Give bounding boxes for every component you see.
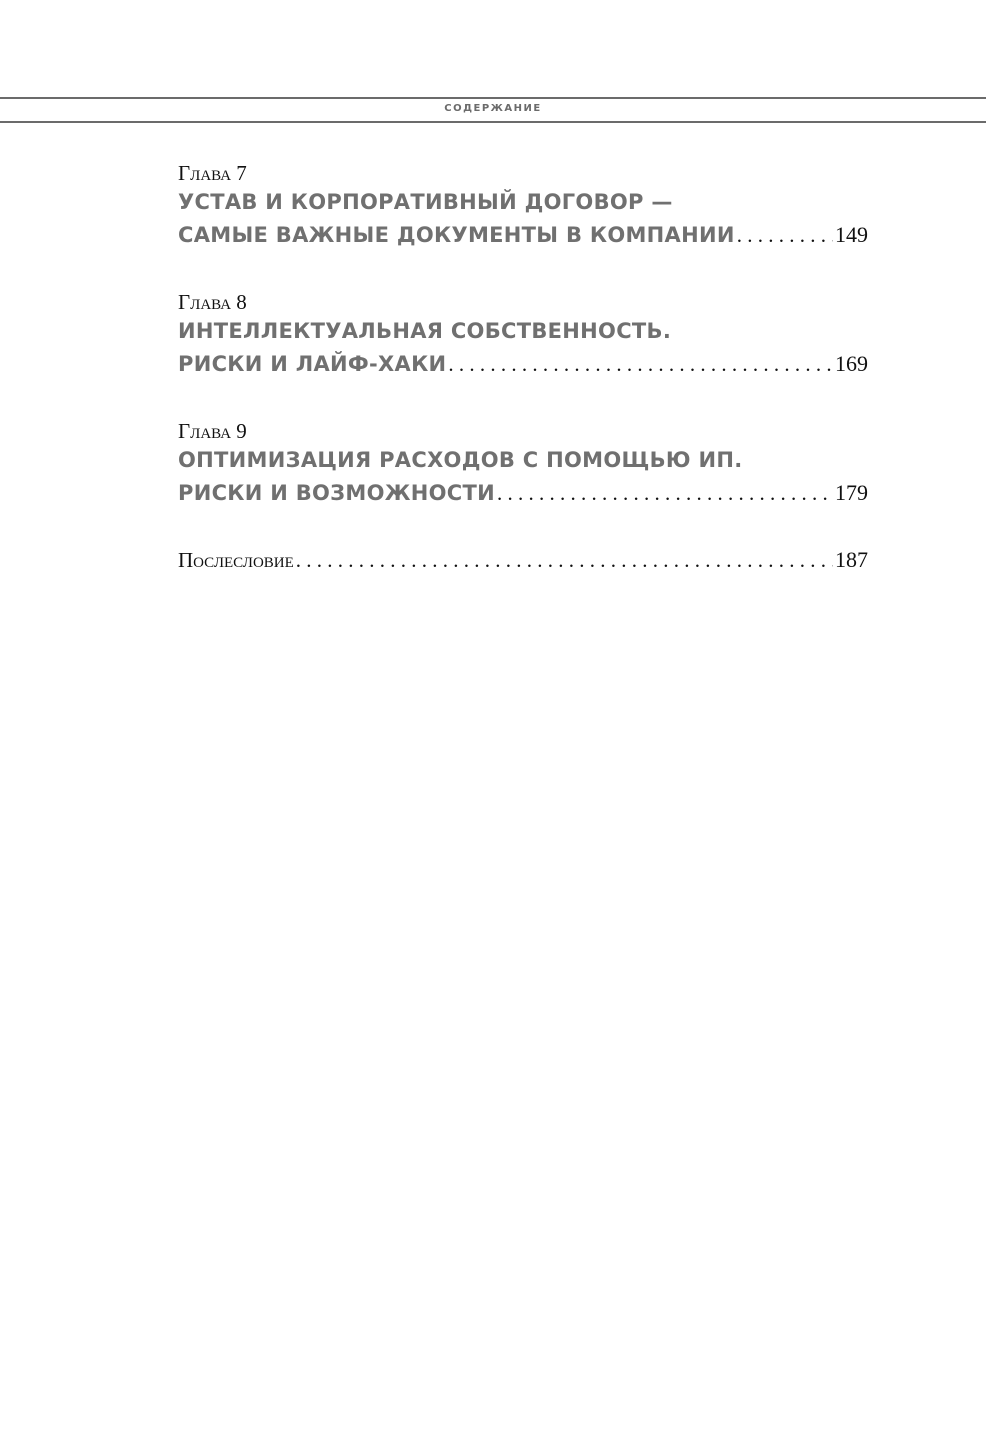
dot-leader [737, 223, 833, 248]
page-number: 179 [835, 480, 868, 506]
page-number: 169 [835, 351, 868, 377]
toc-entry-chapter-7[interactable]: Глава 7 УСТАВ И КОРПОРАТИВНЫЙ ДОГОВОР — … [178, 160, 868, 252]
toc-entry-chapter-8[interactable]: Глава 8 ИНТЕЛЛЕКТУАЛЬНАЯ СОБСТВЕННОСТЬ. … [178, 289, 868, 381]
running-head: СОДЕРЖАНИЕ [0, 103, 986, 114]
chapter-title-leader-line: САМЫЕ ВАЖНЫЕ ДОКУМЕНТЫ В КОМПАНИИ 149 [178, 219, 868, 252]
toc-entry-chapter-9[interactable]: Глава 9 ОПТИМИЗАЦИЯ РАСХОДОВ С ПОМОЩЬЮ И… [178, 418, 868, 510]
toc-entry-afterword[interactable]: Послесловие 187 [178, 547, 868, 573]
chapter-title-leader-line: РИСКИ И ЛАЙФ-ХАКИ 169 [178, 348, 868, 381]
chapter-label: Глава 7 [178, 160, 868, 186]
chapter-title-leader-line: РИСКИ И ВОЗМОЖНОСТИ 179 [178, 477, 868, 510]
chapter-title-line-2: РИСКИ И ЛАЙФ-ХАКИ [178, 348, 446, 381]
header-rule-top [0, 97, 986, 99]
page-number: 149 [835, 222, 868, 248]
chapter-title-line-1: ОПТИМИЗАЦИЯ РАСХОДОВ С ПОМОЩЬЮ ИП. [178, 444, 868, 477]
table-of-contents: Глава 7 УСТАВ И КОРПОРАТИВНЫЙ ДОГОВОР — … [178, 160, 868, 573]
dot-leader [448, 352, 833, 377]
chapter-title-line-1: УСТАВ И КОРПОРАТИВНЫЙ ДОГОВОР — [178, 186, 868, 219]
chapter-label: Глава 9 [178, 418, 868, 444]
chapter-title-line-1: ИНТЕЛЛЕКТУАЛЬНАЯ СОБСТВЕННОСТЬ. [178, 315, 868, 348]
chapter-title-line-2: САМЫЕ ВАЖНЫЕ ДОКУМЕНТЫ В КОМПАНИИ [178, 219, 735, 252]
chapter-title-line-2: РИСКИ И ВОЗМОЖНОСТИ [178, 477, 495, 510]
chapter-label: Глава 8 [178, 289, 868, 315]
dot-leader [497, 481, 833, 506]
afterword-title: Послесловие [178, 548, 294, 573]
header-rule-bottom [0, 121, 986, 123]
dot-leader [296, 548, 833, 573]
page-number: 187 [835, 547, 868, 573]
